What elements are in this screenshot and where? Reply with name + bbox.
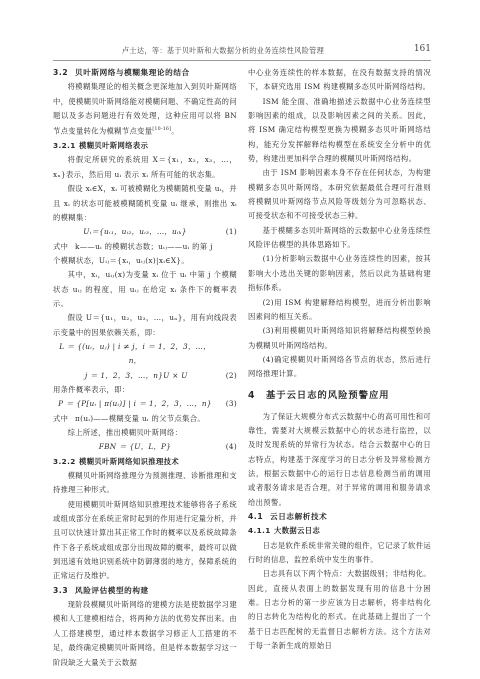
equation-number: (2) (226, 369, 237, 383)
section-heading-4: 4基于云日志的风险预警应用 (248, 388, 431, 404)
list-item: (3)利用模糊贝叶斯网络知识将解释结构模型转换为模糊贝叶斯网络结构。 (248, 324, 431, 353)
section-heading-3-3: 3.3风险评估模型的构建 (53, 584, 237, 598)
equation-2-line-1: L ＝ {(uᵢ，uⱼ) | i ≠ j，i ＝ 1，2，3，…，n， (53, 340, 237, 369)
paragraph-continued: 中心业务连续性的样本数据，在没有数据支持的情况下，本研究选用 ISM 构建模糊多… (248, 66, 431, 95)
equation-legend: 式中k——uᵢ 的模糊状态数；uᵢⱼ——uᵢ 的第 j (53, 240, 237, 254)
paragraph: 由于 ISM 影响因素本身不存在任何状态，为构建模糊多态贝叶斯网络，本研究依据最… (248, 166, 431, 223)
paragraph: 将假定所研究的系统用 X＝{x₁，x₂，x₃，…，xₙ}表示，然后用 uᵢ 表示… (53, 153, 237, 182)
paragraph: 将模糊集理论的相关概念更深地加入到贝叶斯网络中，使模糊贝叶斯网络能对模糊问题、不… (53, 80, 237, 139)
equation-1: Uᵢ＝{uᵢ₁，uᵢ₂，uᵢ₃，…，uᵢₖ}(1) (53, 225, 237, 239)
equation-3: P ＝ {P[uᵢ | π(uᵢ)] | i ＝ 1，2，3，…，n}(3) (53, 397, 237, 411)
list-item: (4)确定模糊贝叶斯网络各节点的状态，然后进行网络推理计算。 (248, 353, 431, 382)
list-item: (2)用 ISM 构建解释结构模型，进而分析出影响因素间的相互关系。 (248, 296, 431, 325)
paragraph: 为了保证大规模分布式云数据中心的高可用性和可靠性，需要对大规模云数据中心的状态进… (248, 410, 431, 510)
page-header: 卢士达，等：基于贝叶斯和大数据分析的业务连续性风险管理 161 (53, 44, 431, 58)
equation-4: FBN ＝ {U，L，P}(4) (53, 440, 237, 454)
header-rule (53, 60, 431, 61)
section-heading-4-1-1: 4.1.1大数据云日志 (248, 524, 431, 538)
equation-number: (1) (226, 225, 237, 239)
paragraph: 假设 U＝{u₁，u₂，u₃，…，uₙ}，用有向线段表示变量中的因果依赖关系，即… (53, 311, 237, 340)
paragraph: 日志是软件系统非常关键的组件，它记录了软件运行时的信息，监控系统中发生的事件。 (248, 539, 431, 568)
paragraph: 现阶段模糊贝叶斯网络的建模方法是使数据学习建模和人工建模相结合，将两种方法的优势… (53, 598, 237, 670)
paragraph: 模糊贝叶斯网络推理分为预测推理、诊断推理和支持推理三种形式。 (53, 469, 237, 498)
page-number: 161 (414, 44, 431, 54)
equation-2-line-2: j ＝ 1，2，3，…，n}U × U(2) (53, 369, 237, 383)
section-heading-4-1: 4.1云日志解析技术 (248, 510, 431, 524)
section-heading-3-2-2: 3.2.2模糊贝叶斯网络知识推理技术 (53, 455, 237, 469)
paragraph: 使用模糊贝叶斯网络知识推理技术能够将各子系统或组成部分在系统正常时起到的作用进行… (53, 498, 237, 584)
paragraph: 其中，xᵢ，uᵢⱼ(x)为变量 xᵢ 位于 uᵢ 中第 j 个模糊状态 uᵢⱼ … (53, 268, 237, 311)
right-column: 中心业务连续性的样本数据，在没有数据支持的情况下，本研究选用 ISM 构建模糊多… (248, 66, 431, 653)
equation-number: (4) (226, 440, 237, 454)
section-heading-3-2: 3.2贝叶斯网络与模糊集理论的结合 (53, 66, 237, 80)
paragraph: 综上所述，推出模糊贝叶斯网络： (53, 426, 237, 440)
paragraph: 假设 xᵢ∈X，xᵢ 可被模糊化为模糊随机变量 uᵢ，并且 xᵢ 的状态可能被模… (53, 182, 237, 225)
equation-legend: 式中π(uᵢ)——模糊变量 uᵢ 的父节点集合。 (53, 412, 237, 426)
paragraph: 用条件概率表示，即： (53, 383, 237, 397)
paragraph: 日志具有以下两个特点：大数据级别；非结构化。因此，直接从表面上的数据发现有用的信… (248, 567, 431, 653)
running-title: 卢士达，等：基于贝叶斯和大数据分析的业务连续性风险管理 (53, 46, 393, 56)
section-heading-3-2-1: 3.2.1模糊贝叶斯网络表示 (53, 139, 237, 153)
left-column: 3.2贝叶斯网络与模糊集理论的结合 将模糊集理论的相关概念更深地加入到贝叶斯网络… (53, 66, 237, 670)
paragraph: ISM 能全面、准确地描述云数据中心业务连续型影响因素的组成，以及影响因素之间的… (248, 95, 431, 167)
equation-number: (3) (226, 397, 237, 411)
paragraph: 基于模糊多态贝叶斯网络的云数据中心业务连续性风险评估模型的具体思路如下。 (248, 224, 431, 253)
citation: [10-16] (152, 127, 171, 132)
equation-legend-cont: 个模糊状态，Uᵢⱼ＝{xᵢ，uᵢⱼ(x)|xᵢ∈X}。 (53, 254, 237, 268)
list-item: (1)分析影响云数据中心业务连续性的因素，按其影响大小选出关键的影响因素，然后以… (248, 252, 431, 295)
